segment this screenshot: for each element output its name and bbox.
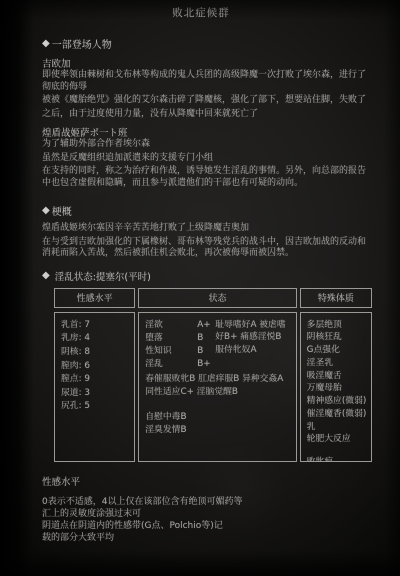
special-trait: 催淫魔香(微弱)乳 — [307, 408, 367, 434]
diamond-icon: ◆ — [42, 206, 50, 216]
section-heading-status: ◆ 淫乱状态:提塞尔(平时) — [42, 269, 374, 283]
section-heading-characters: ◆ 一部登场人物 — [42, 36, 374, 51]
sensitivity-item: 乳房: 4 — [61, 332, 130, 346]
footnote-line: 0表示不适感，4以上仅在该部位含有绝顶可媚药等 — [42, 496, 374, 508]
footnote-line: 阴道点在阴道内的性感带(G点、Polchio等)记 — [42, 520, 374, 532]
footnote-heading: 性感水平 — [42, 474, 374, 488]
character-paragraph: 虽然是反魔组织追加派遣来的支援专门小组 — [42, 153, 374, 165]
scanned-page-photo: 败北症候群 ◆ 一部登场人物 吉欧加 即使率领由棘树和戈布林等构成的鬼人兵团的高… — [0, 0, 400, 576]
special-trait: 吸淫魔舌 — [307, 370, 367, 383]
synopsis-paragraph: 在与受到吉欧加强化的下属橡树、哥布林等残党兵的战斗中，因吉欧加战的反动和消耗而陷… — [42, 237, 374, 260]
special-trait: 败牝痕 — [307, 456, 367, 462]
status-traits-bottom: 春催服败牝B 肛虐痒服B 异种交姦A 同性适应C+ 淫脑觉醒B — [145, 373, 291, 399]
column-header-special: 特殊体质 — [300, 288, 372, 308]
section-heading-label: 一部登场人物 — [52, 36, 112, 51]
footnote-lines: 0表示不适感，4以上仅在该部位含有绝顶可媚药等 汇上的灵敏度涂强过末可 阴道点在… — [42, 496, 374, 545]
character-paragraph: 即使率领由棘树和戈布林等构成的鬼人兵团的高级降魔一次打败了埃尔森，进行了彻底的侮… — [42, 70, 374, 93]
special-trait: 轮肥大反应 — [307, 433, 367, 446]
diamond-icon: ◆ — [42, 271, 50, 281]
synopsis-paragraph: 煌盾战姬埃尔塞因辛辛苦苦地打败了上级降魔吉奥加 — [42, 223, 374, 235]
special-trait: 精神感应(微弱) — [307, 395, 367, 408]
page-content: 败北症候群 ◆ 一部登场人物 吉欧加 即使率领由棘树和戈布林等构成的鬼人兵团的高… — [0, 0, 400, 576]
status-cell: 淫欲A+ 堕落B 性知识B 淫乱B+ 耻辱嗜好A 被虐嗜好B+ 痛感淫悦B 服侍… — [138, 312, 296, 462]
status-grades-block: 淫欲A+ 堕落B 性知识B 淫乱B+ 耻辱嗜好A 被虐嗜好B+ 痛感淫悦B 服侍… — [145, 319, 291, 372]
sensitivity-item: 阴核: 8 — [61, 346, 130, 360]
status-traits-extra: 自慰中毒B 淫臭发情B — [145, 411, 291, 437]
column-header-sensitivity: 性感水平 — [54, 288, 135, 308]
status-grade-list: 淫欲A+ 堕落B 性知识B 淫乱B+ — [145, 319, 215, 372]
table-header-row: 性感水平 状态 特殊体质 — [54, 288, 372, 308]
column-header-status: 状态 — [138, 288, 296, 308]
status-grade: 堕落B — [145, 332, 215, 345]
special-trait: 万魔母胎 — [307, 382, 367, 395]
sensitivity-item: 膣肉: 6 — [61, 360, 130, 374]
status-grade: 淫乱B+ — [145, 358, 215, 371]
sensitivity-item: 尿道: 3 — [61, 387, 130, 401]
special-trait: 淫圣乳 — [307, 357, 367, 370]
sensitivity-item: 尻孔: 5 — [61, 400, 130, 414]
status-table: 性感水平 状态 特殊体质 乳首: 7 乳房: 4 阴核: 8 膣肉: 6 膣点:… — [54, 288, 372, 462]
status-grade: 淫欲A+ — [145, 319, 215, 332]
footnote-line: 载的部分大致平均 — [42, 532, 374, 544]
character-paragraph: 之后，由于过度使用力量，没有从降魔中回来就死亡了 — [42, 109, 374, 121]
character-paragraph: 被被《魔胎绝咒》强化的艾尔森击碎了降魔核，强化了部下，想要站住脚，失败了 — [42, 95, 374, 107]
special-trait: G点强化 — [307, 344, 367, 357]
table-body-row: 乳首: 7 乳房: 4 阴核: 8 膣肉: 6 膣点: 9 尿道: 3 尻孔: … — [54, 312, 372, 462]
sensitivity-cell: 乳首: 7 乳房: 4 阴核: 8 膣肉: 6 膣点: 9 尿道: 3 尻孔: … — [54, 312, 135, 462]
character-name-giouga: 吉欧加 — [42, 56, 374, 70]
special-trait: 多层绝顶 — [307, 319, 367, 332]
character-name-support-team: 煌盾战姬萨ポ一ト班 — [42, 125, 374, 139]
status-traits-right: 耻辱嗜好A 被虐嗜好B+ 痛感淫悦B 服侍牝奴A — [215, 319, 291, 372]
special-cell: 多层绝顶 阴核狂乱 G点强化 淫圣乳 吸淫魔舌 万魔母胎 精神感应(微弱) 催淫… — [300, 312, 372, 462]
status-trait: 淫臭发情B — [145, 424, 291, 437]
section-heading-synopsis: ◆ 梗概 — [42, 203, 374, 218]
status-trait: 自慰中毒B — [145, 411, 291, 424]
status-grade: 性知识B — [145, 345, 215, 358]
sensitivity-item: 乳首: 7 — [61, 319, 130, 333]
character-paragraph: 在支持的同时，称之为治疗和作战，诱导她发生淫乱的事情。另外，向总部的报告中也包含… — [42, 166, 374, 189]
section-heading-label: 梗概 — [52, 203, 72, 218]
footnote-block: 性感水平 0表示不适感，4以上仅在该部位含有绝顶可媚药等 汇上的灵敏度涂强过末可… — [42, 474, 374, 545]
page-title: 败北症候群 — [42, 5, 360, 20]
status-heading-label: 淫乱状态:提塞尔(平时) — [55, 269, 151, 283]
sensitivity-item: 膣点: 9 — [61, 373, 130, 387]
diamond-icon: ◆ — [42, 39, 50, 49]
character-paragraph: 为了辅助外部合作者埃尔森 — [42, 139, 374, 151]
special-trait: 阴核狂乱 — [307, 331, 367, 344]
footnote-line: 汇上的灵敏度涂强过末可 — [42, 508, 374, 520]
